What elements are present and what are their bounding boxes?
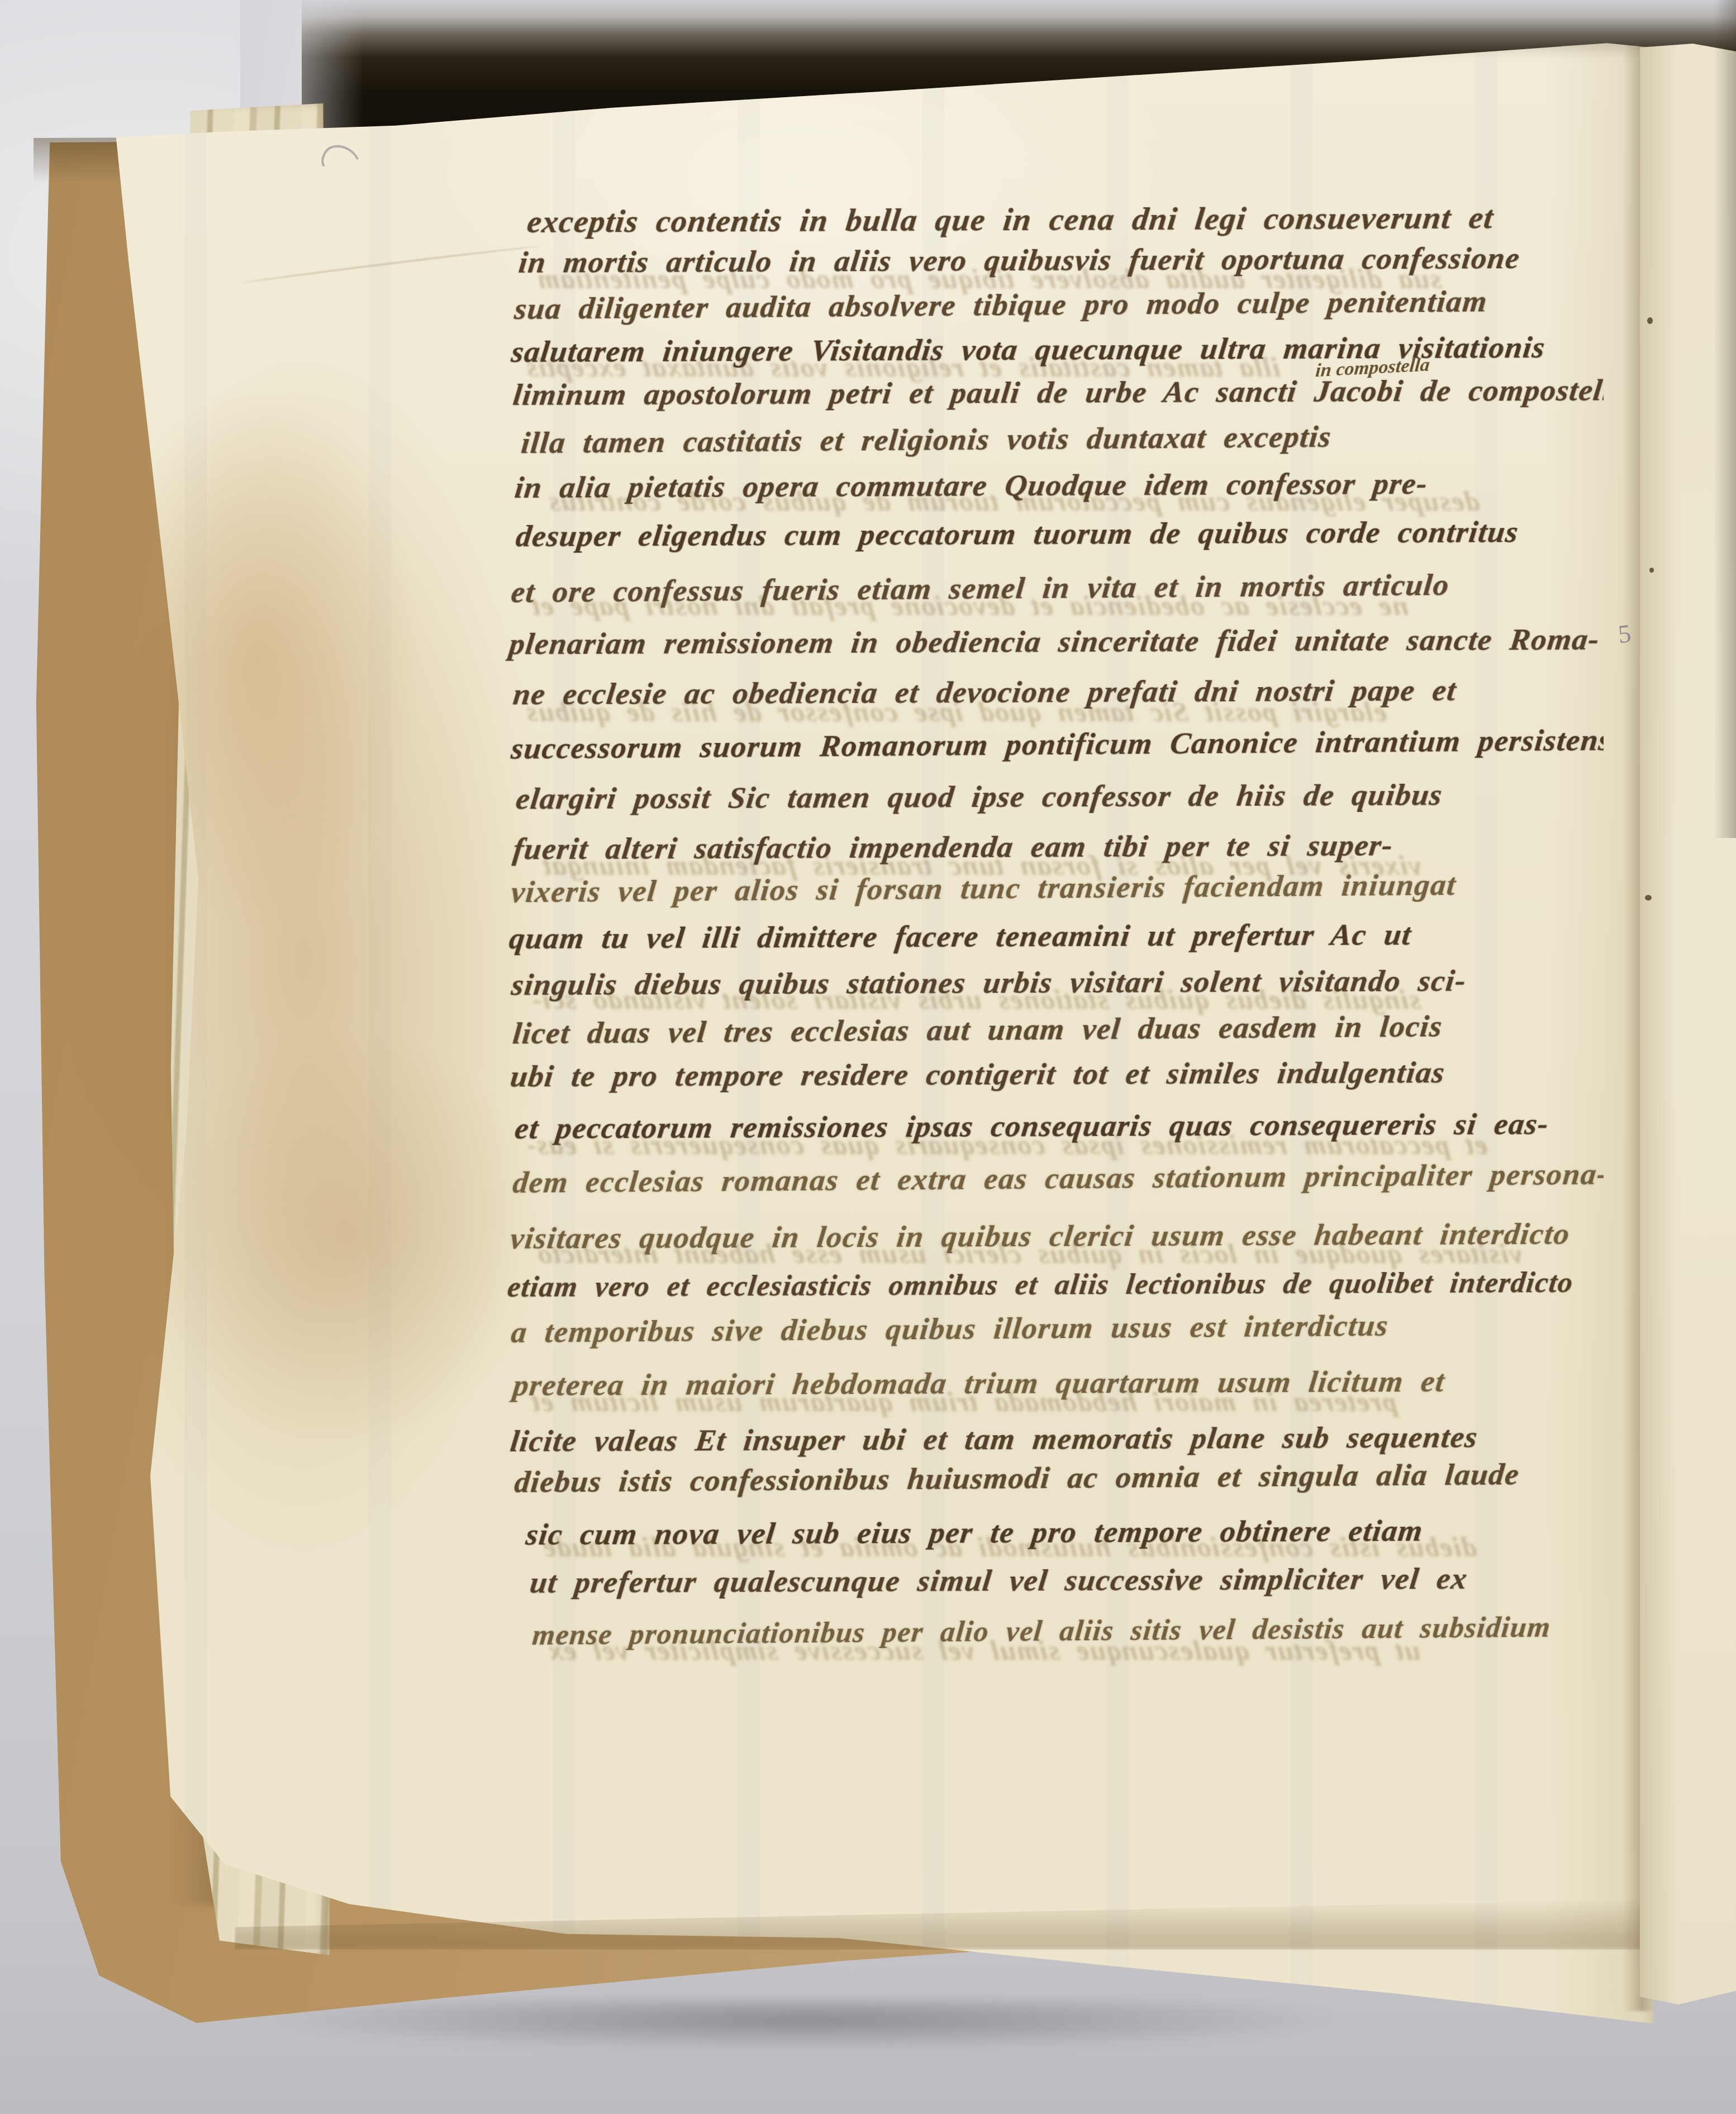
manuscript-line: sic cum nova vel sub eius per te pro tem… <box>524 1513 1425 1552</box>
manuscript-line: singulis diebus quibus stationes urbis v… <box>510 963 1468 1002</box>
manuscript-line: quam tu vel illi dimittere facere teneam… <box>507 917 1414 956</box>
manuscript-line: ubi te pro tempore residere contigerit t… <box>508 1055 1447 1094</box>
manuscript-line: ut prefertur qualescunque simul vel succ… <box>528 1561 1469 1600</box>
manuscript-line: visitares quodque in locis in quibus cle… <box>508 1216 1572 1256</box>
manuscript-line: diebus istis confessionibus huiusmodi ac… <box>513 1456 1521 1499</box>
manuscript-line: dem ecclesias romanas et extra eas causa… <box>511 1156 1604 1200</box>
manuscript-line: a temporibus sive diebus quibus illorum … <box>510 1308 1390 1350</box>
manuscript-line: et peccatorum remissiones ipsas consequa… <box>513 1106 1551 1146</box>
manuscript-line: successorum suorum Romanorum pontificum … <box>510 722 1604 766</box>
manuscript-line: in alia pietatis opera commutare Quodque… <box>513 466 1430 505</box>
manuscript-line: etiam vero et ecclesiasticis omnibus et … <box>506 1267 1575 1304</box>
ink-speck <box>1645 895 1652 901</box>
manuscript-line: licet duas vel tres ecclesias aut unam v… <box>511 1008 1444 1051</box>
manuscript-line: fuerit alteri satisfactio impendenda eam… <box>511 827 1395 866</box>
manuscript-line: ne ecclesie ac obediencia et devocione p… <box>511 673 1459 712</box>
manuscript-line: et ore confessus fueris etiam semel in v… <box>510 567 1451 610</box>
manuscript-line: preterea in maiori hebdomada trium quart… <box>511 1364 1447 1403</box>
manuscript-line: liminum apostolorum petri et pauli de ur… <box>511 372 1604 412</box>
manuscript-line: illa tamen castitatis et religionis voti… <box>520 419 1333 460</box>
manuscript-line: elargiri possit Sic tamen quod ipse conf… <box>514 777 1444 816</box>
manuscript-line: vixeris vel per alios si forsan tunc tra… <box>510 867 1458 910</box>
manuscript-line: plenariam remissionem in obediencia sinc… <box>507 621 1602 661</box>
manuscript-line: in mortis articulo in aliis vero quibusv… <box>517 240 1522 280</box>
scan-right-edge-shade <box>1714 0 1736 838</box>
manuscript-line: sua diligenter audita absolvere tibique … <box>513 283 1489 326</box>
text-block: sua diligenter audita absolvere tibique … <box>0 0 1604 2114</box>
ink-speck <box>1649 568 1654 573</box>
manuscript-line: desuper eligendus cum peccatorum tuorum … <box>514 514 1521 554</box>
ink-speck <box>1647 317 1653 324</box>
manuscript-line: licite valeas Et insuper ubi et tam memo… <box>508 1419 1480 1459</box>
manuscript-scan: 5 sua diligenter audita absolvere tibiqu… <box>0 0 1736 2114</box>
manuscript-line: exceptis contentis in bulla que in cena … <box>525 199 1496 240</box>
